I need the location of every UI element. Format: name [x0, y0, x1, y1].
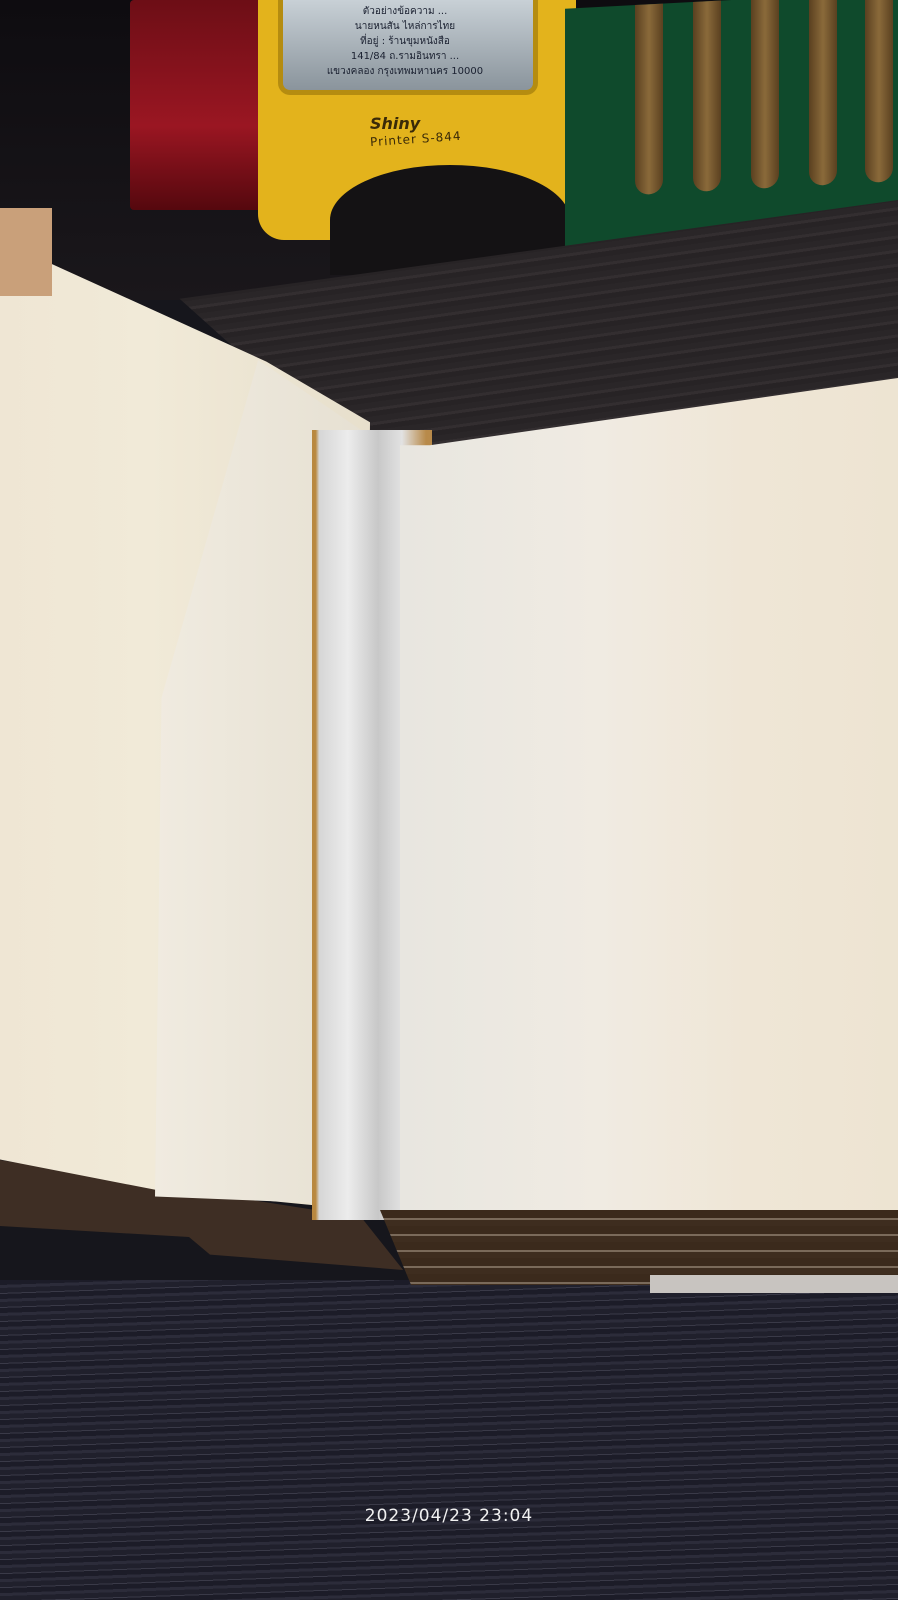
photo-scene: ตัวอย่างข้อความ ... นายหนสัน ไหล่การไทย … — [0, 0, 898, 1600]
stamp-line: ตัวอย่างข้อความ ... — [290, 4, 520, 19]
book-page-edges — [380, 1210, 898, 1285]
rack-slot — [809, 0, 837, 186]
timestamp-overlay: 2023/04/23 23:04 — [0, 1506, 898, 1526]
rack-slot — [865, 0, 893, 183]
tape-corner — [0, 208, 52, 296]
book-right-page — [400, 378, 898, 1218]
stamp-line: นายหนสัน ไหล่การไทย — [290, 19, 520, 34]
stamp-label-text: ตัวอย่างข้อความ ... นายหนสัน ไหล่การไทย … — [290, 4, 520, 79]
rack-slot — [635, 4, 663, 195]
stamp-line: 141/84 ถ.รามอินทรา ... — [290, 49, 520, 64]
rack-slot — [751, 0, 779, 189]
stamp-line: แขวงคลอง กรุงเทพมหานคร 10000 — [290, 64, 520, 79]
stamp-line: ที่อยู่ : ร้านขุมหนังสือ — [290, 34, 520, 49]
book-cover-right-edge — [650, 1275, 898, 1293]
rack-slot — [693, 1, 721, 192]
desk-surface-bottom — [0, 1280, 898, 1600]
stamp-brand: Shiny — [370, 114, 420, 133]
